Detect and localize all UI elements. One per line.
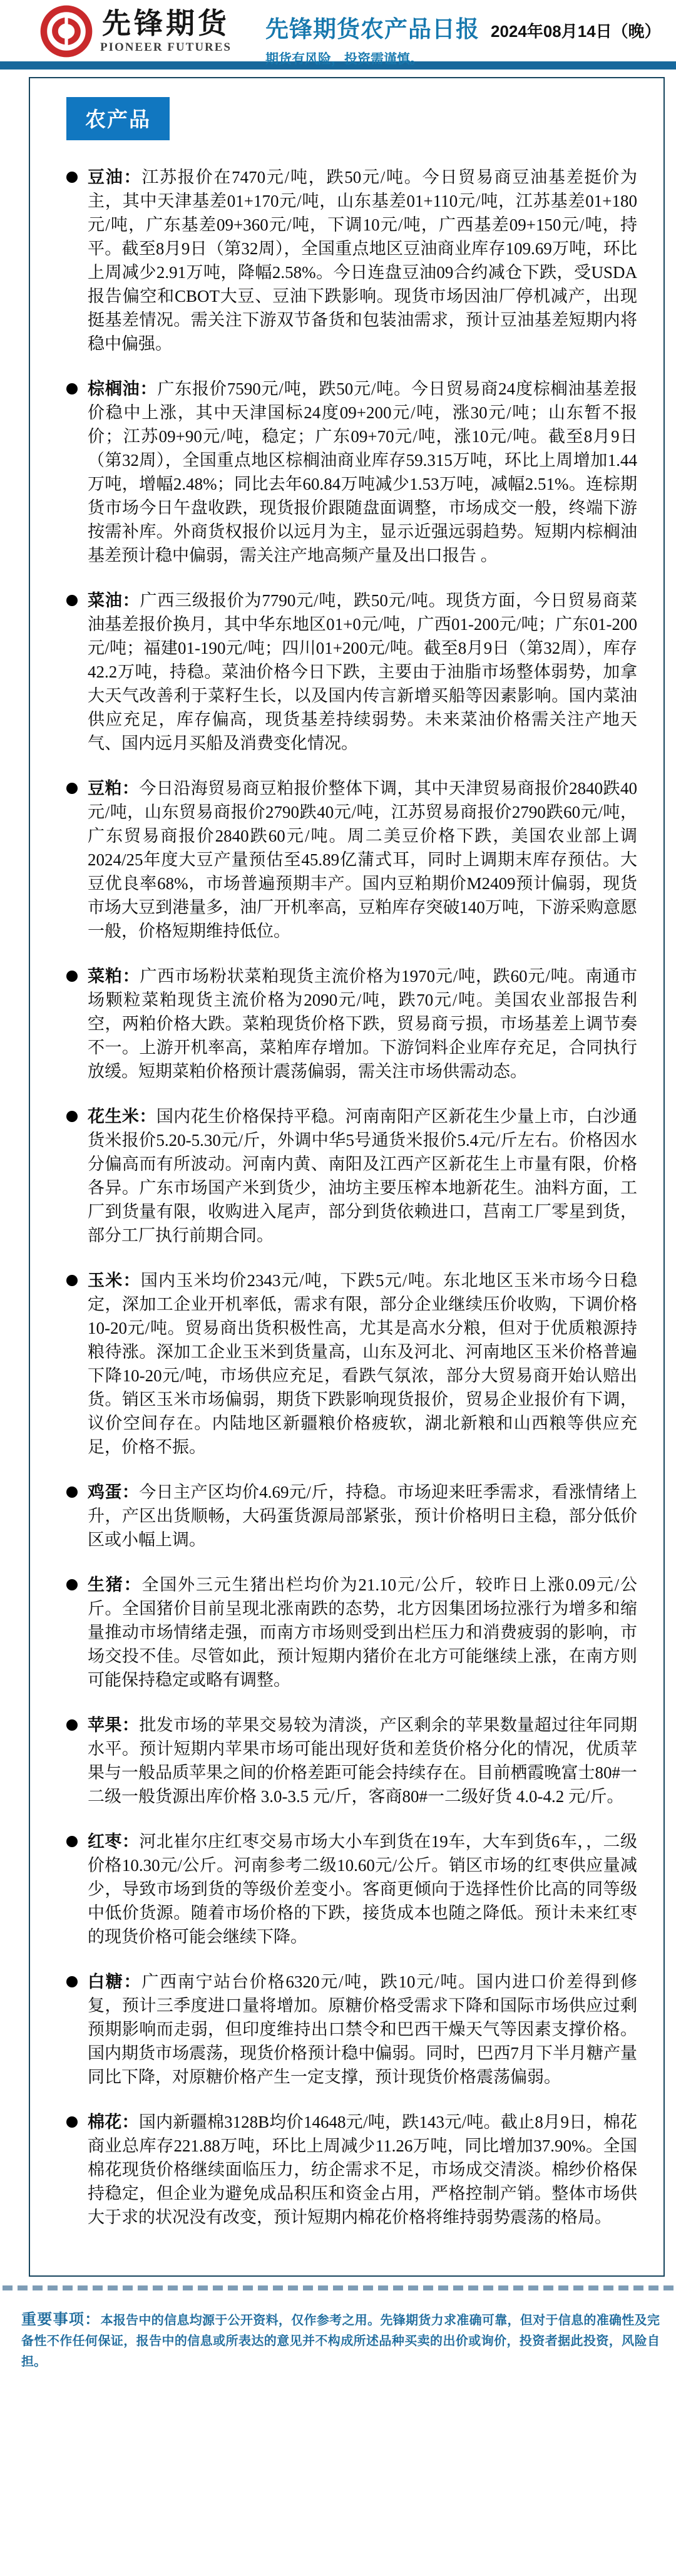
bullet-icon [66, 377, 88, 567]
item-label: 棉花： [88, 2113, 139, 2131]
disclaimer-label: 重要事项： [21, 2311, 101, 2328]
item-text: 全国外三元生猪出栏均价为21.10元/公斤，较昨日上涨0.09元/公斤。全国猪价… [88, 1575, 637, 1689]
item-label: 豆粕： [88, 779, 139, 798]
item-label: 苹果： [88, 1716, 139, 1734]
bullet-icon [66, 1970, 88, 2089]
item-text: 批发市场的苹果交易较为清淡，产区剩余的苹果数量超过往年同期水平。预计短期内苹果市… [88, 1716, 637, 1806]
item-text: 江苏报价在7470元/吨，跌50元/吨。今日贸易商豆油基差挺价为主，其中天津基差… [88, 168, 637, 353]
bullet-icon [66, 964, 88, 1083]
item-label: 鸡蛋： [88, 1483, 139, 1502]
bullet-icon [66, 1573, 88, 1692]
item-text: 广西南宁站台价格6320元/吨，跌10元/吨。国内进口价差得到修复，预计三季度进… [88, 1972, 637, 2086]
report-item: 豆粕：今日沿海贸易商豆粕报价整体下调，其中天津贸易商报价2840跌40元/吨，山… [66, 776, 637, 943]
logo-english-name: PIONEER FUTURES [100, 41, 232, 54]
logo-chinese-name: 先锋期货 [102, 8, 230, 39]
bullet-icon [66, 1713, 88, 1808]
bullet-icon [66, 165, 88, 356]
report-item: 棕榈油：广东报价7590元/吨，跌50元/吨。今日贸易商24度棕榈油基差报价稳中… [66, 377, 637, 567]
report-body-box: 农产品 豆油：江苏报价在7470元/吨，跌50元/吨。今日贸易商豆油基差挺价为主… [29, 77, 665, 2277]
item-text: 今日沿海贸易商豆粕报价整体下调，其中天津贸易商报价2840跌40元/吨，山东贸易… [88, 779, 637, 940]
logo-text-block: 先锋期货 PIONEER FUTURES [100, 8, 232, 54]
item-body: 棕榈油：广东报价7590元/吨，跌50元/吨。今日贸易商24度棕榈油基差报价稳中… [88, 377, 637, 567]
item-body: 苹果：批发市场的苹果交易较为清淡，产区剩余的苹果数量超过往年同期水平。预计短期内… [88, 1713, 637, 1808]
report-item: 棉花：国内新疆棉3128B均价14648元/吨，跌143元/吨。截止8月9日，棉… [66, 2110, 637, 2229]
item-label: 生猪： [88, 1575, 141, 1594]
item-label: 棕榈油： [88, 379, 157, 398]
item-body: 豆粕：今日沿海贸易商豆粕报价整体下调，其中天津贸易商报价2840跌40元/吨，山… [88, 776, 637, 943]
title-line: 先锋期货农产品日报 2024年08月14日（晚） [265, 10, 661, 44]
item-body: 豆油：江苏报价在7470元/吨，跌50元/吨。今日贸易商豆油基差挺价为主，其中天… [88, 165, 637, 356]
items: 豆油：江苏报价在7470元/吨，跌50元/吨。今日贸易商豆油基差挺价为主，其中天… [43, 165, 637, 2229]
item-body: 玉米：国内玉米均价2343元/吨，下跌5元/吨。东北地区玉米市场今日稳定，深加工… [88, 1269, 637, 1459]
dashed-divider [3, 2285, 673, 2290]
bullet-icon [66, 1105, 88, 1247]
bullet-icon [66, 1480, 88, 1552]
pioneer-logo-icon [39, 4, 94, 59]
item-body: 白糖：广西南宁站台价格6320元/吨，跌10元/吨。国内进口价差得到修复，预计三… [88, 1970, 637, 2089]
item-label: 花生米： [88, 1107, 156, 1126]
report-item: 玉米：国内玉米均价2343元/吨，下跌5元/吨。东北地区玉米市场今日稳定，深加工… [66, 1269, 637, 1459]
report-item: 菜粕：广西市场粉状菜粕现货主流价格为1970元/吨，跌60元/吨。南通市场颗粒菜… [66, 964, 637, 1083]
bullet-icon [66, 1269, 88, 1459]
report-item: 生猪：全国外三元生猪出栏均价为21.10元/公斤，较昨日上涨0.09元/公斤。全… [66, 1573, 637, 1692]
page-title: 先锋期货农产品日报 [265, 10, 479, 44]
item-label: 豆油： [88, 168, 141, 187]
bullet-icon [66, 776, 88, 943]
item-body: 鸡蛋：今日主产区均价4.69元/斤，持稳。市场迎来旺季需求，看涨情绪上升，产区出… [88, 1480, 637, 1552]
item-text: 今日主产区均价4.69元/斤，持稳。市场迎来旺季需求，看涨情绪上升，产区出货顺畅… [88, 1483, 637, 1549]
section-label-agri: 农产品 [66, 97, 170, 140]
item-body: 红枣：河北崔尔庄红枣交易市场大小车到货在19车，大车到货6车，，二级价格10.3… [88, 1830, 637, 1949]
item-body: 菜粕：广西市场粉状菜粕现货主流价格为1970元/吨，跌60元/吨。南通市场颗粒菜… [88, 964, 637, 1083]
report-date: 2024年08月14日（晚） [491, 19, 661, 42]
report-header: 先锋期货 PIONEER FUTURES 先锋期货农产品日报 2024年08月1… [0, 0, 676, 60]
item-label: 红枣： [88, 1832, 139, 1851]
item-body: 菜油：广西三级报价为7790元/吨，跌50元/吨。现货方面，今日贸易商菜油基差报… [88, 589, 637, 755]
item-label: 玉米： [88, 1271, 141, 1290]
item-label: 菜油： [88, 591, 140, 610]
item-text: 国内新疆棉3128B均价14648元/吨，跌143元/吨。截止8月9日，棉花商业… [88, 2113, 637, 2227]
item-body: 棉花：国内新疆棉3128B均价14648元/吨，跌143元/吨。截止8月9日，棉… [88, 2110, 637, 2229]
report-item: 红枣：河北崔尔庄红枣交易市场大小车到货在19车，大车到货6车，，二级价格10.3… [66, 1830, 637, 1949]
report-item: 菜油：广西三级报价为7790元/吨，跌50元/吨。现货方面，今日贸易商菜油基差报… [66, 589, 637, 755]
item-text: 河北崔尔庄红枣交易市场大小车到货在19车，大车到货6车，，二级价格10.30元/… [88, 1832, 637, 1946]
report-item: 花生米：国内花生价格保持平稳。河南南阳产区新花生少量上市，白沙通货米报价5.20… [66, 1105, 637, 1247]
report-item: 苹果：批发市场的苹果交易较为清淡，产区剩余的苹果数量超过往年同期水平。预计短期内… [66, 1713, 637, 1808]
item-label: 白糖： [88, 1972, 141, 1991]
risk-warning: 期货有风险，投资需谨慎。 [265, 49, 661, 68]
report-item: 鸡蛋：今日主产区均价4.69元/斤，持稳。市场迎来旺季需求，看涨情绪上升，产区出… [66, 1480, 637, 1552]
bullet-icon [66, 589, 88, 755]
item-text: 广西市场粉状菜粕现货主流价格为1970元/吨，跌60元/吨。南通市场颗粒菜粕现货… [88, 967, 637, 1081]
company-logo: 先锋期货 PIONEER FUTURES [39, 4, 232, 59]
item-text: 国内玉米均价2343元/吨，下跌5元/吨。东北地区玉米市场今日稳定，深加工企业开… [88, 1271, 637, 1456]
item-body: 花生米：国内花生价格保持平稳。河南南阳产区新花生少量上市，白沙通货米报价5.20… [88, 1105, 637, 1247]
title-block: 先锋期货农产品日报 2024年08月14日（晚） 期货有风险，投资需谨慎。 [265, 4, 661, 68]
report-item: 白糖：广西南宁站台价格6320元/吨，跌10元/吨。国内进口价差得到修复，预计三… [66, 1970, 637, 2089]
item-text: 广东报价7590元/吨，跌50元/吨。今日贸易商24度棕榈油基差报价稳中上涨，其… [88, 379, 637, 565]
item-text: 国内花生价格保持平稳。河南南阳产区新花生少量上市，白沙通货米报价5.20-5.3… [88, 1107, 637, 1245]
disclaimer: 重要事项：本报告中的信息均源于公开资料，仅作参考之用。先锋期货力求准确可靠，但对… [0, 2290, 676, 2372]
item-text: 广西三级报价为7790元/吨，跌50元/吨。现货方面，今日贸易商菜油基差报价换月… [88, 591, 637, 753]
bullet-icon [66, 2110, 88, 2229]
bullet-icon [66, 1830, 88, 1949]
item-body: 生猪：全国外三元生猪出栏均价为21.10元/公斤，较昨日上涨0.09元/公斤。全… [88, 1573, 637, 1692]
disclaimer-text: 本报告中的信息均源于公开资料，仅作参考之用。先锋期货力求准确可靠，但对于信息的准… [21, 2314, 660, 2369]
item-label: 菜粕： [88, 967, 140, 986]
report-item: 豆油：江苏报价在7470元/吨，跌50元/吨。今日贸易商豆油基差挺价为主，其中天… [66, 165, 637, 356]
